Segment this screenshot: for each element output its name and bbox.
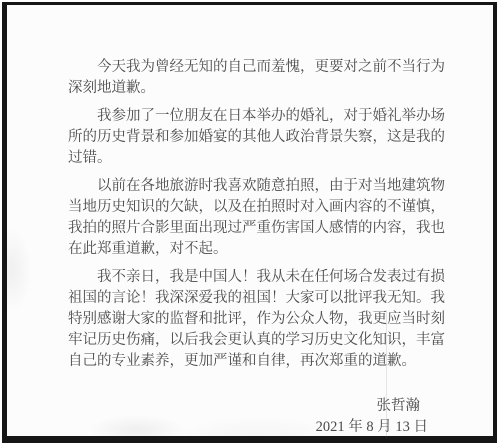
letter-paragraph: 我参加了一位朋友在日本举办的婚礼，对于婚礼举办场所的历史背景和参加婚宴的其他人政… xyxy=(68,106,445,169)
letter-body: 今天我为曾经无知的自己而羞愧，更要对之前不当行为深刻地道歉。 我参加了一位朋友在… xyxy=(68,57,445,438)
signature-date: 2021 年 8 月 13 日 xyxy=(68,417,428,438)
signature-block: 张哲瀚 2021 年 8 月 13 日 xyxy=(68,396,445,438)
scanned-letter-frame: 今天我为曾经无知的自己而羞愧，更要对之前不当行为深刻地道歉。 我参加了一位朋友在… xyxy=(2,2,497,443)
letter-paragraph: 以前在各地旅游时我喜欢随意拍照，由于对当地建筑物当地历史知识的欠缺，以及在拍照时… xyxy=(68,176,445,260)
letter-paragraph: 今天我为曾经无知的自己而羞愧，更要对之前不当行为深刻地道歉。 xyxy=(68,57,445,99)
signature-name: 张哲瀚 xyxy=(68,396,428,417)
letter-paragraph: 我不亲日，我是中国人！我从未在任何场合发表过有损祖国的言论！我深深爱我的祖国！大… xyxy=(68,267,445,372)
